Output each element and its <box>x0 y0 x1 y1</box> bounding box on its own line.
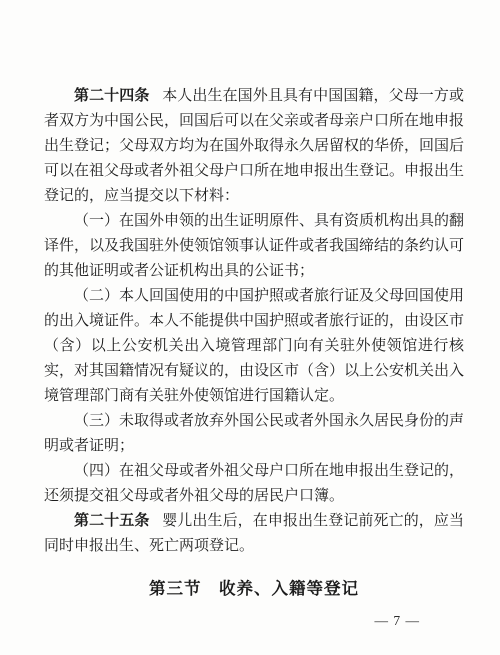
section-heading: 第三节 收养、入籍等登记 <box>44 577 464 601</box>
article-paragraph: （一）在国外申领的出生证明原件、具有资质机构出具的翻译件，以及我国驻外使领馆领事… <box>44 209 464 284</box>
article-paragraph: 第二十五条婴儿出生后，在申报出生登记前死亡的，应当同时申报出生、死亡两项登记。 <box>44 509 464 559</box>
paragraph-text: （三）未取得或者放弃外国公民或者外国永久居民身份的声明或者证明； <box>44 413 464 454</box>
paragraph-text: （四）在祖父母或者外祖父母户口所在地申报出生登记的，还须提交祖父母或者外祖父母的… <box>44 463 464 504</box>
article-paragraph: （三）未取得或者放弃外国公民或者外国永久居民身份的声明或者证明； <box>44 409 464 459</box>
article-body: 第二十四条本人出生在国外且具有中国国籍，父母一方或者双方为中国公民，回国后可以在… <box>44 84 464 559</box>
paragraph-text: （二）本人回国使用的中国护照或者旅行证及父母回国使用的出入境证件。本人不能提供中… <box>44 288 464 404</box>
paragraph-text: （一）在国外申领的出生证明原件、具有资质机构出具的翻译件，以及我国驻外使领馆领事… <box>44 213 464 279</box>
article-number: 第二十四条 <box>74 88 149 104</box>
article-paragraph: （四）在祖父母或者外祖父母户口所在地申报出生登记的，还须提交祖父母或者外祖父母的… <box>44 459 464 509</box>
paragraph-text: 本人出生在国外且具有中国国籍，父母一方或者双方为中国公民，回国后可以在父亲或者母… <box>44 88 464 204</box>
page-number: — 7 — <box>375 613 421 629</box>
document-page: 第二十四条本人出生在国外且具有中国国籍，父母一方或者双方为中国公民，回国后可以在… <box>0 0 500 655</box>
article-paragraph: 第二十四条本人出生在国外且具有中国国籍，父母一方或者双方为中国公民，回国后可以在… <box>44 84 464 209</box>
article-number: 第二十五条 <box>74 513 149 529</box>
article-content: 第二十四条本人出生在国外且具有中国国籍，父母一方或者双方为中国公民，回国后可以在… <box>44 84 464 601</box>
article-paragraph: （二）本人回国使用的中国护照或者旅行证及父母回国使用的出入境证件。本人不能提供中… <box>44 284 464 409</box>
